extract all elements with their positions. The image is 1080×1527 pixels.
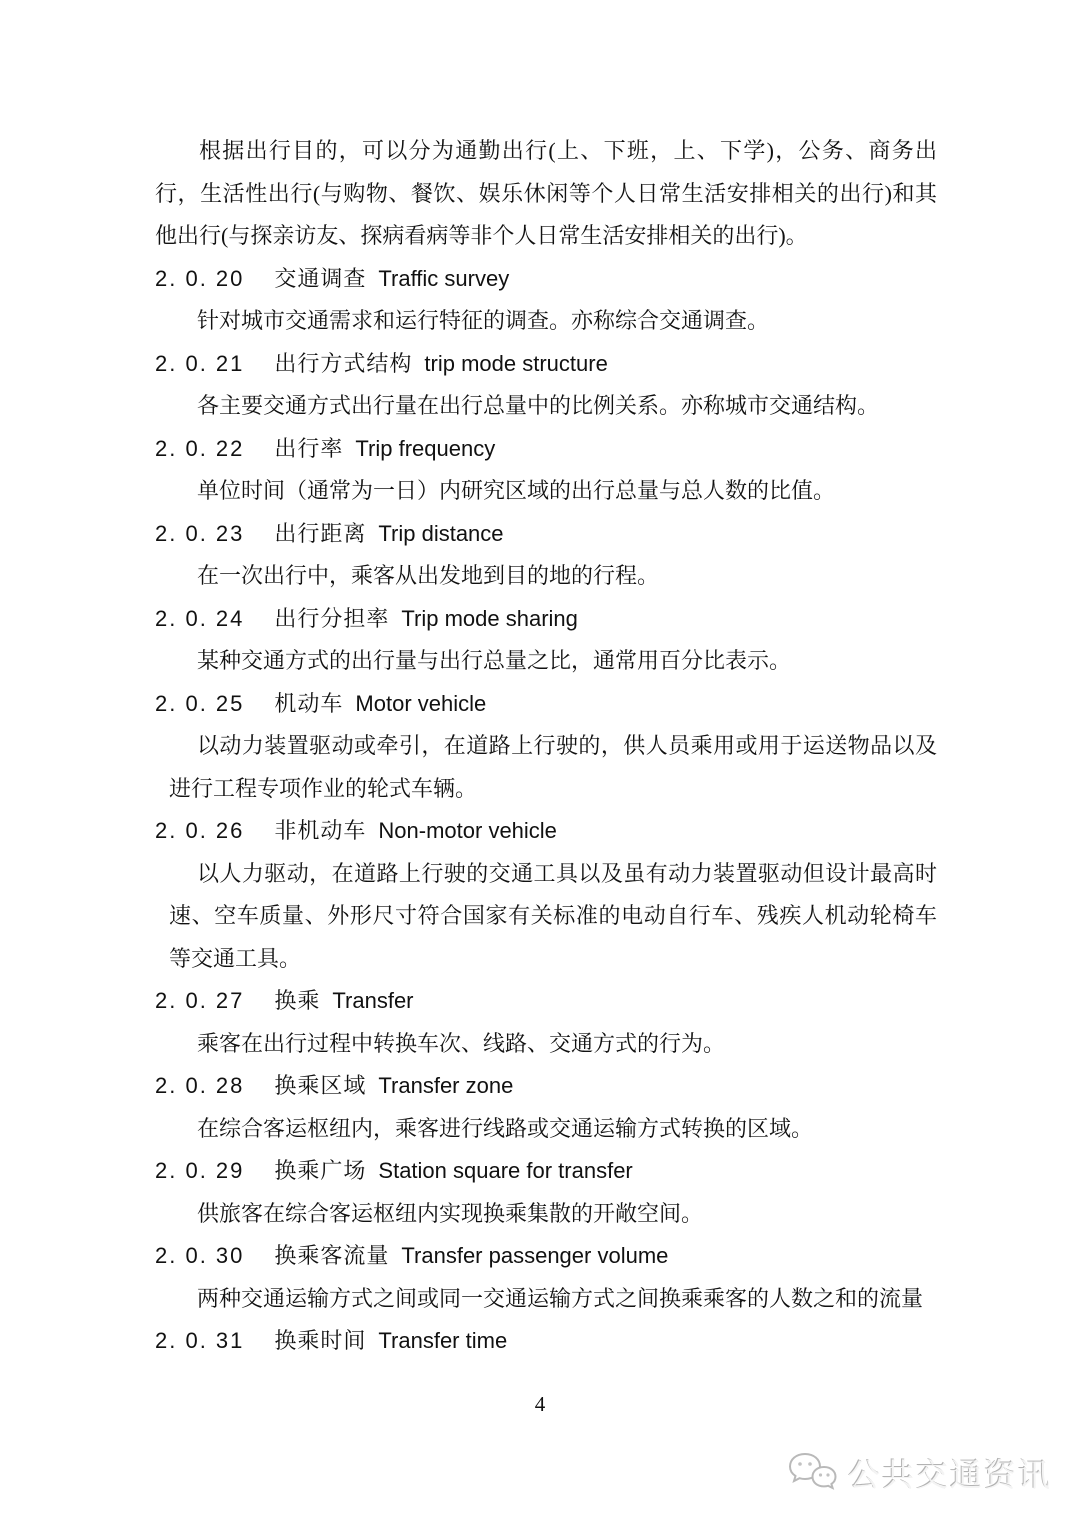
term-zh: 换乘 — [274, 988, 320, 1013]
term-number: 2. 0. 27 — [155, 988, 244, 1013]
term-heading: 2. 0. 27换乘Transfer — [155, 980, 937, 1023]
term-en: Traffic survey — [378, 266, 509, 291]
term-number: 2. 0. 21 — [155, 351, 244, 376]
term-definition: 针对城市交通需求和运行特征的调查。亦称综合交通调查。 — [155, 300, 937, 343]
term-entry: 2. 0. 21出行方式结构trip mode structure 各主要交通方… — [155, 343, 937, 428]
term-en: Trip frequency — [355, 436, 495, 461]
term-number: 2. 0. 24 — [155, 606, 244, 631]
term-heading: 2. 0. 20交通调查Traffic survey — [155, 258, 937, 301]
term-heading: 2. 0. 22出行率Trip frequency — [155, 428, 937, 471]
term-zh: 换乘客流量 — [274, 1243, 389, 1268]
term-entry: 2. 0. 26非机动车Non-motor vehicle 以人力驱动，在道路上… — [155, 810, 937, 980]
term-heading: 2. 0. 31换乘时间Transfer time — [155, 1320, 937, 1363]
term-entry: 2. 0. 31换乘时间Transfer time — [155, 1320, 937, 1363]
term-entry: 2. 0. 23出行距离Trip distance 在一次出行中，乘客从出发地到… — [155, 513, 937, 598]
term-zh: 换乘区域 — [274, 1073, 366, 1098]
watermark: 公共交通资讯 — [788, 1450, 1052, 1496]
term-number: 2. 0. 28 — [155, 1073, 244, 1098]
term-en: Transfer passenger volume — [401, 1243, 668, 1268]
wechat-icon — [788, 1450, 838, 1496]
term-entry: 2. 0. 22出行率Trip frequency 单位时间（通常为一日）内研究… — [155, 428, 937, 513]
term-definition: 两种交通运输方式之间或同一交通运输方式之间换乘乘客的人数之和的流量 — [155, 1278, 937, 1321]
term-entry: 2. 0. 28换乘区域Transfer zone 在综合客运枢纽内，乘客进行线… — [155, 1065, 937, 1150]
document-page: 根据出行目的，可以分为通勤出行(上、下班，上、下学)，公务、商务出行，生活性出行… — [0, 0, 1080, 1527]
term-en: Transfer time — [378, 1328, 507, 1353]
term-definition: 在一次出行中，乘客从出发地到目的地的行程。 — [155, 555, 937, 598]
term-en: Trip mode sharing — [401, 606, 577, 631]
term-zh: 非机动车 — [274, 818, 366, 843]
term-zh: 出行方式结构 — [274, 351, 412, 376]
term-number: 2. 0. 30 — [155, 1243, 244, 1268]
term-definition: 某种交通方式的出行量与出行总量之比，通常用百分比表示。 — [155, 640, 937, 683]
term-entry: 2. 0. 25机动车Motor vehicle 以动力装置驱动或牵引，在道路上… — [155, 683, 937, 811]
term-heading: 2. 0. 29换乘广场Station square for transfer — [155, 1150, 937, 1193]
term-en: Station square for transfer — [378, 1158, 632, 1183]
intro-paragraph: 根据出行目的，可以分为通勤出行(上、下班，上、下学)，公务、商务出行，生活性出行… — [155, 130, 937, 258]
term-definition: 供旅客在综合客运枢纽内实现换乘集散的开敞空间。 — [155, 1193, 937, 1236]
term-en: Trip distance — [378, 521, 503, 546]
term-zh: 换乘时间 — [274, 1328, 366, 1353]
term-definition: 单位时间（通常为一日）内研究区域的出行总量与总人数的比值。 — [155, 470, 937, 513]
term-heading: 2. 0. 21出行方式结构trip mode structure — [155, 343, 937, 386]
term-definition: 在综合客运枢纽内，乘客进行线路或交通运输方式转换的区域。 — [155, 1108, 937, 1151]
term-zh: 出行分担率 — [274, 606, 389, 631]
term-en: trip mode structure — [424, 351, 607, 376]
term-number: 2. 0. 25 — [155, 691, 244, 716]
term-number: 2. 0. 20 — [155, 266, 244, 291]
term-number: 2. 0. 22 — [155, 436, 244, 461]
term-zh: 换乘广场 — [274, 1158, 366, 1183]
term-zh: 交通调查 — [274, 266, 366, 291]
term-heading: 2. 0. 28换乘区域Transfer zone — [155, 1065, 937, 1108]
term-en: Transfer — [332, 988, 413, 1013]
term-zh: 出行率 — [274, 436, 343, 461]
term-definition: 以人力驱动，在道路上行驶的交通工具以及虽有动力装置驱动但设计最高时速、空车质量、… — [155, 853, 937, 981]
term-heading: 2. 0. 26非机动车Non-motor vehicle — [155, 810, 937, 853]
document-content: 根据出行目的，可以分为通勤出行(上、下班，上、下学)，公务、商务出行，生活性出行… — [155, 130, 937, 1363]
term-entry: 2. 0. 29换乘广场Station square for transfer … — [155, 1150, 937, 1235]
term-en: Motor vehicle — [355, 691, 486, 716]
page-number: 4 — [0, 1392, 1080, 1417]
term-definition: 各主要交通方式出行量在出行总量中的比例关系。亦称城市交通结构。 — [155, 385, 937, 428]
term-zh: 机动车 — [274, 691, 343, 716]
term-heading: 2. 0. 30换乘客流量Transfer passenger volume — [155, 1235, 937, 1278]
term-definition: 乘客在出行过程中转换车次、线路、交通方式的行为。 — [155, 1023, 937, 1066]
term-en: Non-motor vehicle — [378, 818, 557, 843]
term-number: 2. 0. 29 — [155, 1158, 244, 1183]
term-heading: 2. 0. 24出行分担率Trip mode sharing — [155, 598, 937, 641]
term-number: 2. 0. 23 — [155, 521, 244, 546]
term-zh: 出行距离 — [274, 521, 366, 546]
term-entry: 2. 0. 24出行分担率Trip mode sharing 某种交通方式的出行… — [155, 598, 937, 683]
term-number: 2. 0. 31 — [155, 1328, 244, 1353]
term-definition: 以动力装置驱动或牵引，在道路上行驶的，供人员乘用或用于运送物品以及进行工程专项作… — [155, 725, 937, 810]
watermark-label: 公共交通资讯 — [848, 1450, 1052, 1496]
term-heading: 2. 0. 25机动车Motor vehicle — [155, 683, 937, 726]
term-entry: 2. 0. 27换乘Transfer 乘客在出行过程中转换车次、线路、交通方式的… — [155, 980, 937, 1065]
term-entry: 2. 0. 30换乘客流量Transfer passenger volume 两… — [155, 1235, 937, 1320]
term-en: Transfer zone — [378, 1073, 513, 1098]
term-entry: 2. 0. 20交通调查Traffic survey 针对城市交通需求和运行特征… — [155, 258, 937, 343]
term-number: 2. 0. 26 — [155, 818, 244, 843]
term-heading: 2. 0. 23出行距离Trip distance — [155, 513, 937, 556]
